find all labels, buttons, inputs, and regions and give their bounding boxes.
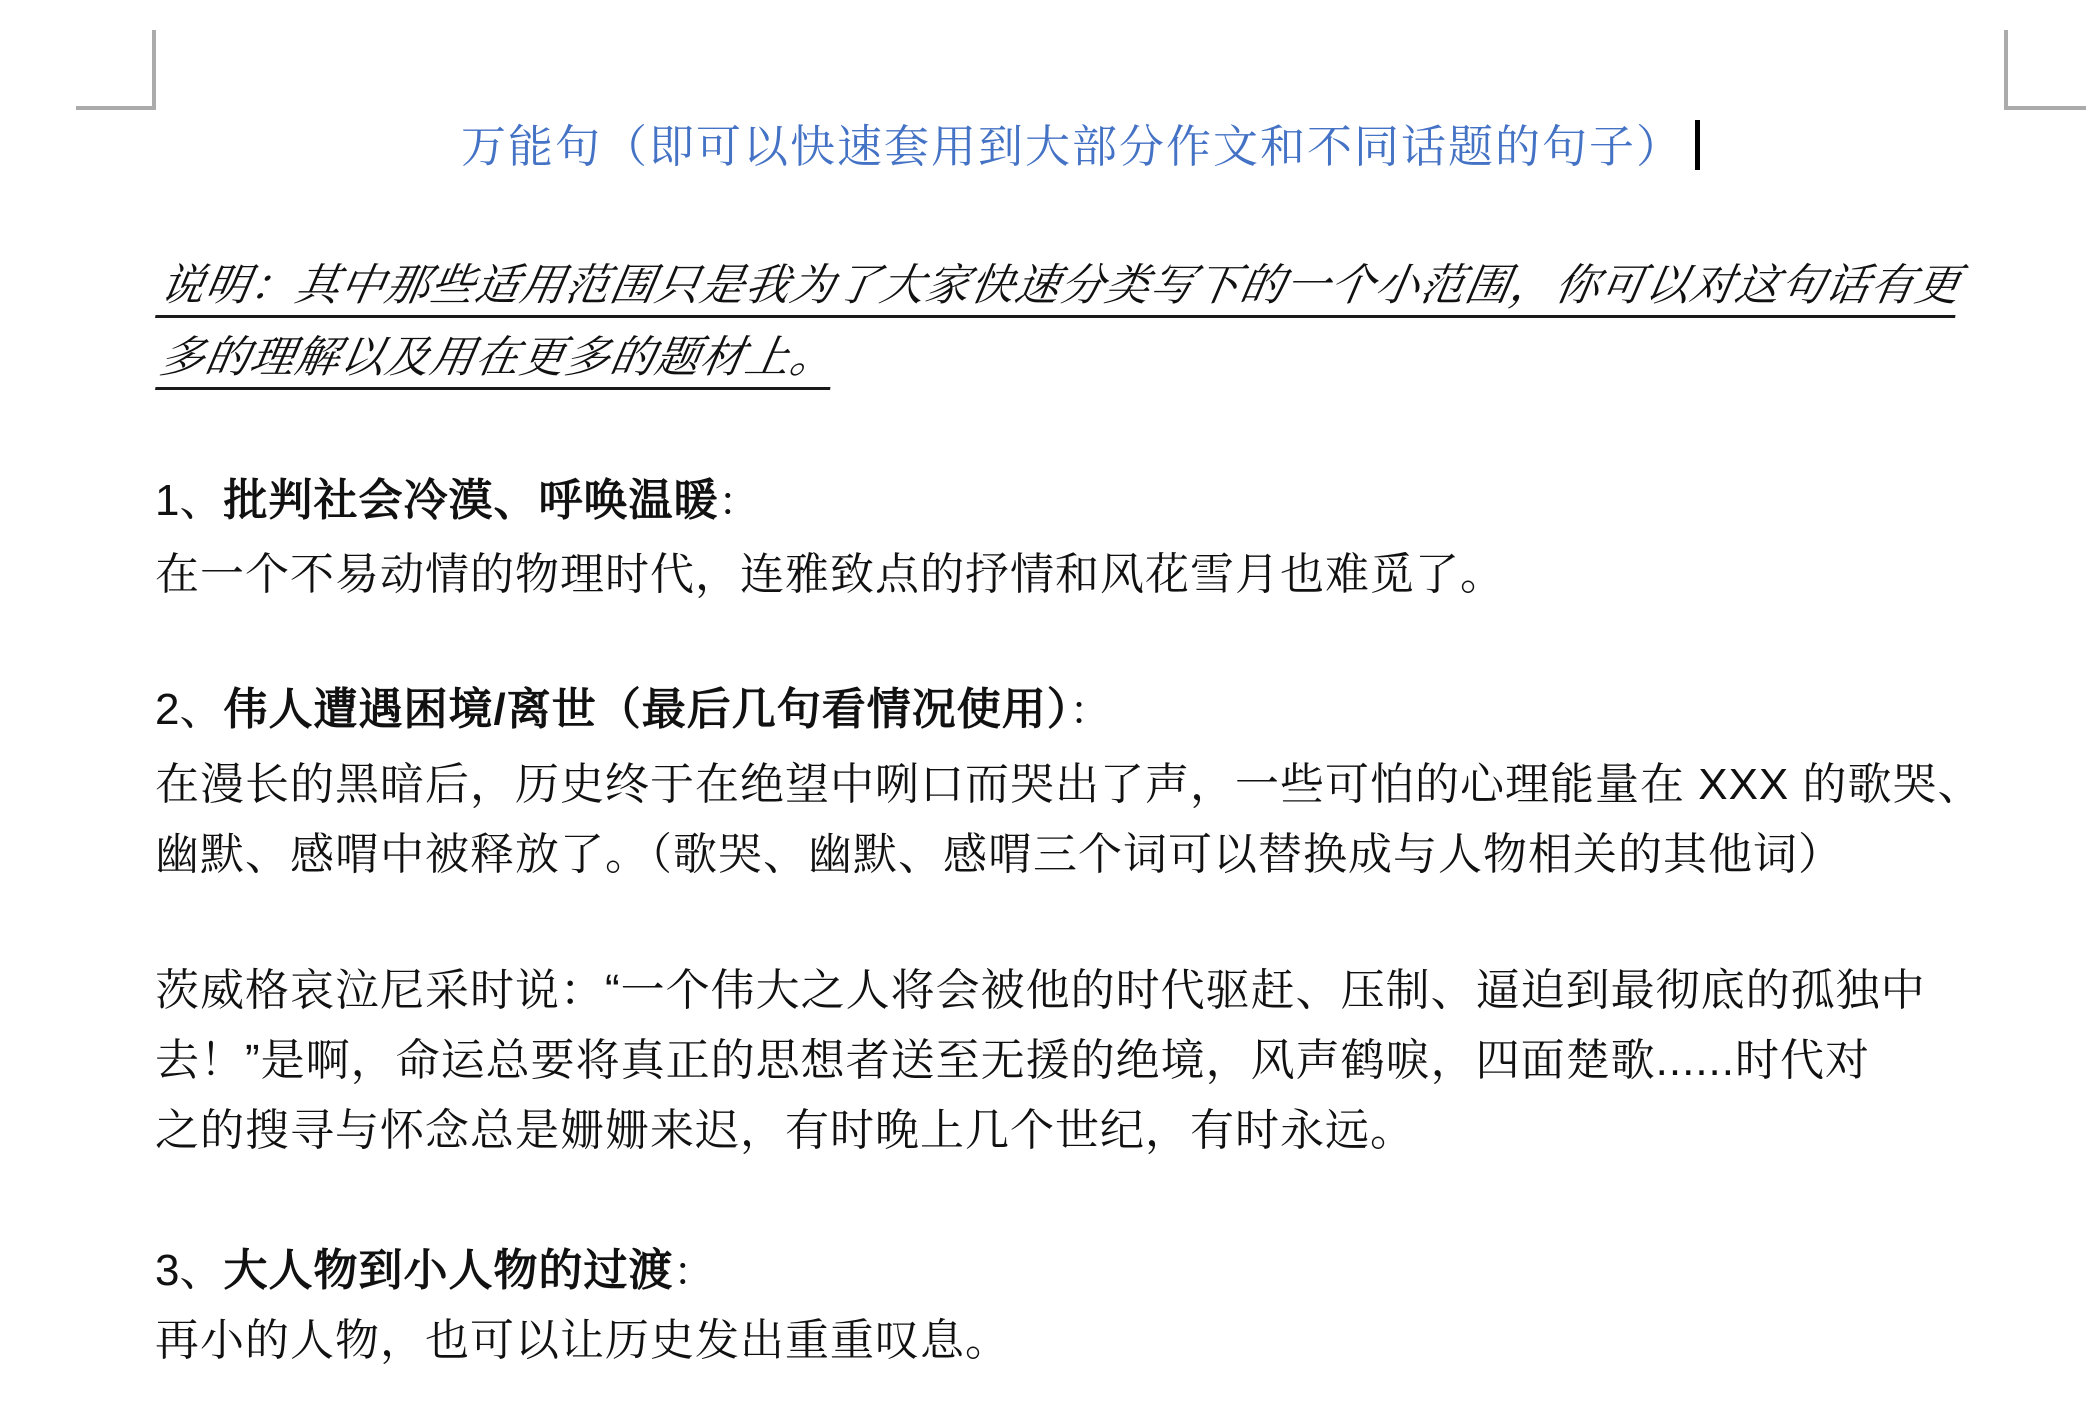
section-3-heading[interactable]: 3、大人物到小人物的过渡：: [155, 1236, 2006, 1306]
section-1-body-line[interactable]: 在一个不易动情的物理时代，连雅致点的抒情和风花雪月也难觅了。: [155, 540, 2006, 610]
section-heading-colon: ：: [1070, 689, 1110, 733]
section-2-body-line[interactable]: 在漫长的黑暗后，历史终于在绝望中咧口而哭出了声，一些可怕的心理能量在 XXX 的…: [155, 750, 2006, 820]
section-heading-text: 伟人遭遇困境/离世（最后几句看情况使用）: [223, 685, 1069, 734]
section-number: 3、: [155, 1246, 223, 1295]
margin-corner-mark-top-right: [2004, 106, 2086, 110]
section-heading-text: 批判社会冷漠、呼唤温暖: [223, 476, 718, 525]
section-2-heading[interactable]: 2、伟人遭遇困境/离世（最后几句看情况使用）：: [155, 675, 2006, 745]
document-title-line[interactable]: 万能句（即可以快速套用到大部分作文和不同话题的句子）: [155, 112, 2006, 182]
section-number: 1、: [155, 476, 223, 525]
section-3-body-line[interactable]: 再小的人物，也可以让历史发出重重叹息。: [155, 1306, 2006, 1376]
note-line[interactable]: 多的理解以及用在更多的题材上。: [155, 329, 841, 390]
margin-corner-mark-top-left: [152, 30, 156, 109]
margin-corner-mark-top-right: [2004, 30, 2008, 109]
document-page[interactable]: 万能句（即可以快速套用到大部分作文和不同话题的句子） 说明：其中那些适用范围只是…: [0, 0, 2086, 1418]
text-cursor: [1695, 120, 1700, 170]
section-2-body-paragraph[interactable]: 在漫长的黑暗后，历史终于在绝望中咧口而哭出了声，一些可怕的心理能量在 XXX 的…: [155, 750, 2006, 890]
margin-corner-mark-top-left: [76, 106, 156, 110]
section-2-quote-paragraph[interactable]: 茨威格哀泣尼采时说：“一个伟大之人将会被他的时代驱赶、压制、逼迫到最彻底的孤独中…: [155, 956, 2006, 1166]
section-heading-colon: ：: [718, 480, 758, 524]
section-heading-colon: ：: [673, 1250, 713, 1294]
quote-line[interactable]: 茨威格哀泣尼采时说：“一个伟大之人将会被他的时代驱赶、压制、逼迫到最彻底的孤独中: [155, 956, 2006, 1026]
section-heading-text: 大人物到小人物的过渡: [223, 1246, 673, 1295]
document-title[interactable]: 万能句（即可以快速套用到大部分作文和不同话题的句子）: [461, 121, 1683, 172]
section-number: 2、: [155, 685, 223, 734]
section-1-heading[interactable]: 1、批判社会冷漠、呼唤温暖：: [155, 466, 2006, 536]
note-line[interactable]: 说明：其中那些适用范围只是我为了大家快速分类写下的一个小范围，你可以对这句话有更: [155, 257, 1966, 318]
section-2-body-line[interactable]: 幽默、感喟中被释放了。（歌哭、幽默、感喟三个词可以替换成与人物相关的其他词）: [155, 820, 2006, 890]
note-paragraph[interactable]: 说明：其中那些适用范围只是我为了大家快速分类写下的一个小范围，你可以对这句话有更…: [155, 257, 2006, 401]
quote-line[interactable]: 去！”是啊，命运总要将真正的思想者送至无援的绝境，风声鹤唳，四面楚歌......…: [155, 1026, 2006, 1096]
quote-line[interactable]: 之的搜寻与怀念总是姗姗来迟，有时晚上几个世纪，有时永远。: [155, 1096, 2006, 1166]
